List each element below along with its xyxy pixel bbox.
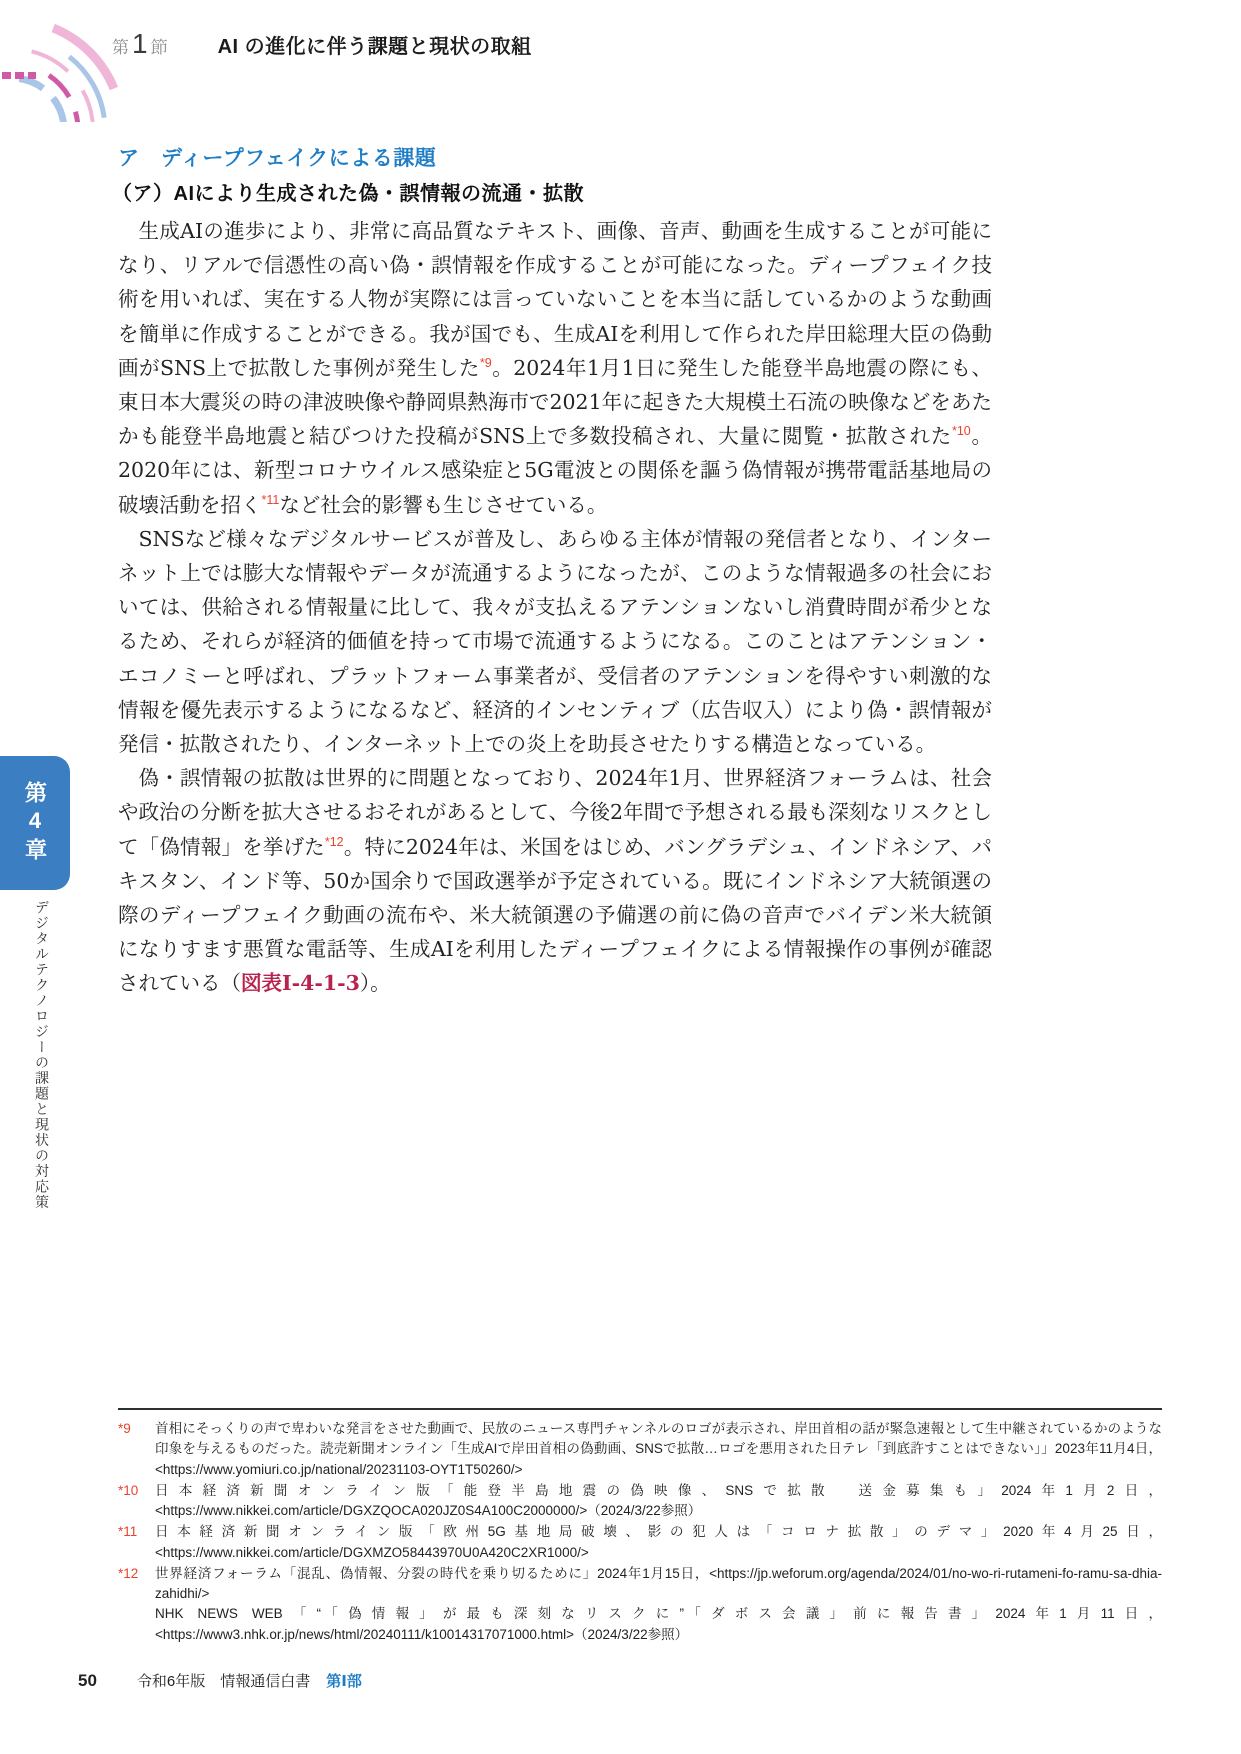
p2-text-1: SNSなど様々なデジタルサービスが普及し、あらゆる主体が情報の発信者となり、イン… (118, 527, 992, 756)
page-header: 第 1 節 AI の進化に伴う課題と現状の取組 (112, 28, 532, 60)
edition-label: 令和6年版 情報通信白書 (137, 1670, 310, 1691)
heading-misinfo-spread: （ア）AIにより生成された偽・誤情報の流通・拡散 (112, 177, 584, 206)
page-footer: 50 令和6年版 情報通信白書 第Ⅰ部 (78, 1670, 362, 1691)
paragraph-3: 偽・誤情報の拡散は世界的に問題となっており、2024年1月、世界経済フォーラムは… (118, 761, 992, 1000)
figure-reference-I-4-1-3[interactable]: 図表Ⅰ-4-1-3 (241, 971, 360, 995)
decorative-arcs-icon (0, 0, 160, 122)
footnote-12-text-2: NHK NEWS WEB「“「偽情報」が最も深刻なリスクに”「ダボス会議」前に報… (155, 1604, 1162, 1645)
footnote-10-marker: *10 (118, 1481, 138, 1501)
document-page: 第 1 節 AI の進化に伴う課題と現状の取組 第4章 デジタルテクノロジーの課… (0, 0, 1241, 1754)
section-label-suffix: 節 (151, 33, 168, 58)
section-title: AI の進化に伴う課題と現状の取組 (218, 30, 532, 59)
p1-text-4: など社会的影響も生じさせている。 (279, 493, 607, 517)
section-number: 1 (132, 28, 148, 60)
footnote-12: *12 世界経済フォーラム「混乱、偽情報、分裂の時代を乗り切るために」2024年… (118, 1564, 1162, 1645)
p3-text-3: ）。 (360, 971, 391, 995)
footnote-10-text: 日本経済新聞オンライン版「能登半島地震の偽映像、SNSで拡散 送金募集も」202… (155, 1481, 1162, 1522)
heading-deepfake-issues: ア ディープフェイクによる課題 (118, 142, 436, 172)
paragraph-2: SNSなど様々なデジタルサービスが普及し、あらゆる主体が情報の発信者となり、イン… (118, 522, 992, 761)
footnote-9-marker: *9 (118, 1419, 131, 1439)
body-text: 生成AIの進歩により、非常に高品質なテキスト、画像、音声、動画を生成することが可… (118, 214, 992, 1001)
footnote-12-text-1: 世界経済フォーラム「混乱、偽情報、分裂の時代を乗り切るために」2024年1月15… (155, 1564, 1162, 1605)
footnote-11: *11 日本経済新聞オンライン版「欧州5G基地局破壊、影の犯人は「コロナ拡散」の… (118, 1522, 1162, 1563)
footnote-ref-10[interactable]: *10 (952, 424, 971, 438)
part-label: 第Ⅰ部 (326, 1670, 362, 1691)
footnote-12-marker: *12 (118, 1564, 138, 1584)
footnote-ref-11[interactable]: *11 (262, 493, 280, 507)
footnote-ref-12[interactable]: *12 (325, 835, 344, 849)
chapter-subtitle-vertical: デジタルテクノロジーの課題と現状の対応策 (32, 900, 52, 1220)
footnote-10: *10 日本経済新聞オンライン版「能登半島地震の偽映像、SNSで拡散 送金募集も… (118, 1481, 1162, 1522)
section-label-prefix: 第 (112, 33, 129, 58)
footnotes-section: *9 首相にそっくりの声で卑わいな発言をさせた動画で、民放のニュース専門チャンネ… (118, 1408, 1162, 1646)
footnote-9: *9 首相にそっくりの声で卑わいな発言をさせた動画で、民放のニュース専門チャンネ… (118, 1419, 1162, 1480)
page-number: 50 (78, 1671, 97, 1691)
footnote-9-text: 首相にそっくりの声で卑わいな発言をさせた動画で、民放のニュース専門チャンネルのロ… (155, 1419, 1162, 1480)
chapter-tab-label: 第4章 (20, 781, 51, 865)
footnote-ref-9[interactable]: *9 (480, 356, 492, 370)
paragraph-1: 生成AIの進歩により、非常に高品質なテキスト、画像、音声、動画を生成することが可… (118, 214, 992, 522)
footnote-11-marker: *11 (118, 1522, 137, 1542)
chapter-tab: 第4章 (0, 756, 70, 890)
footnote-11-text: 日本経済新聞オンライン版「欧州5G基地局破壊、影の犯人は「コロナ拡散」のデマ」2… (155, 1522, 1162, 1563)
